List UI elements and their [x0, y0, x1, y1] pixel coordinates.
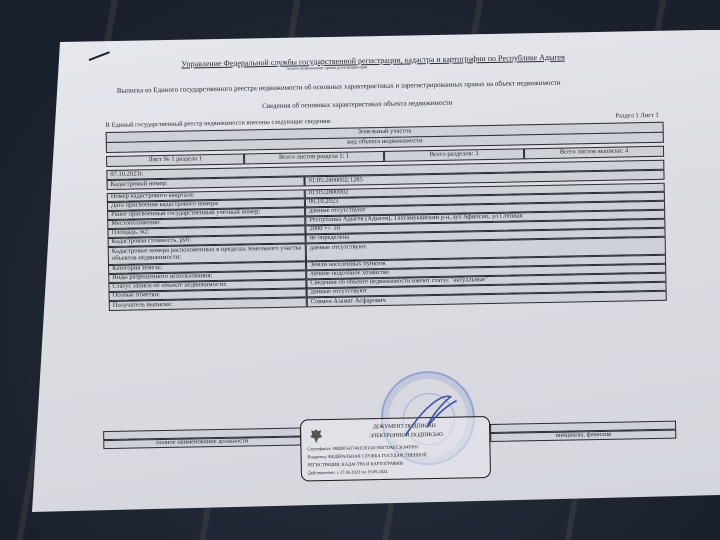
sheet-number: Лист № 1 раздела 1: [106, 153, 244, 167]
coat-of-arms-icon: [309, 428, 323, 444]
sheet-reference: Раздел 1 Лист 1: [615, 112, 658, 120]
authority-name: Управление Федеральной службы государств…: [181, 53, 565, 69]
section-title: Сведения об основных характеристиках объ…: [262, 99, 452, 110]
electronic-signature-box: ДОКУМЕНТ ПОДПИСАН ЭЛЕКТРОННОЙ ПОДПИСЬЮ С…: [300, 416, 491, 481]
certificate-number: Сертификат: 00BB05637401CB102C9E07DAEC3C…: [307, 444, 417, 451]
validity-period: Действителен: с 27.06.2023 по 19.09.2024: [308, 469, 388, 475]
owner-line-2: РЕГИСТРАЦИИ, КАДАСТРА И КАРТОГРАФИИ: [308, 461, 403, 468]
handwritten-signature-icon: [400, 391, 461, 442]
total-sections: Всего разделов: 3: [384, 148, 524, 162]
owner-line-1: Владелец: ФЕДЕРАЛЬНАЯ СЛУЖБА ГОСУДАРСТВЕ…: [308, 452, 427, 459]
extract-title: Выписка из Единого государственного реес…: [117, 79, 561, 95]
authority-caption: полное наименование органа регистрации п…: [286, 64, 367, 70]
pen-mark: [89, 51, 110, 61]
total-sheets-extract: Всего листов выписки: 4: [524, 146, 664, 160]
total-sheets-section: Всего листов раздела 1: 1: [244, 151, 384, 165]
document-content: Управление Федеральной службы государств…: [0, 0, 720, 540]
intro-text: В Единый государственный реестр недвижим…: [105, 118, 331, 129]
